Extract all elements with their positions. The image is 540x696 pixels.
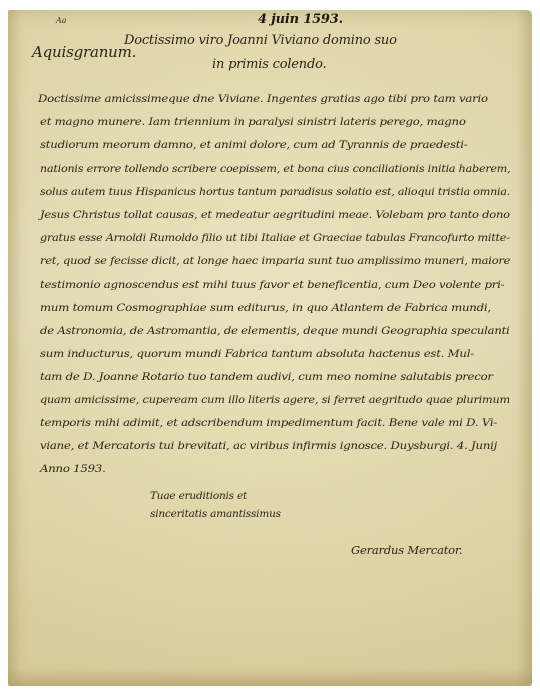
body-line: solus autem tuus Hispanicus hortus tantu… (40, 187, 510, 198)
body-line: Anno 1593. (40, 464, 106, 475)
body-line: gratus esse Arnoldi Rumoldo filio ut tib… (40, 233, 510, 244)
body-line: viane, et Mercatoris tui brevitati, ac v… (40, 441, 497, 452)
body-line: testimonio agnoscendus est mihi tuus fav… (40, 280, 504, 291)
address-line-1: Doctissimo viro Joanni Viviano domino su… (124, 33, 397, 48)
signature: Gerardus Mercator. (351, 543, 462, 557)
body-line: de Astronomia, de Astromantia, de elemen… (40, 326, 510, 337)
address-line-2: in primis colendo. (212, 57, 326, 72)
body-line: Jesus Christus tollat causas, et medeatu… (40, 210, 510, 221)
body-line: temporis mihi adimit, et adscribendum im… (40, 418, 497, 429)
closing-line-2: sinceritatis amantissimus (150, 508, 281, 520)
body-line: quam amicissime, cupeream cum illo liter… (40, 395, 510, 406)
body-line: studiorum meorum damno, et animi dolore,… (40, 140, 467, 151)
corner-mark: Aa (56, 16, 66, 25)
body-line: sum inducturus, quorum mundi Fabrica tan… (40, 349, 474, 360)
body-line: tam de D. Joanne Rotario tuo tandem audi… (40, 372, 493, 383)
manuscript-page (8, 10, 532, 686)
body-line: Doctissime amicissimeque dne Viviane. In… (38, 94, 488, 105)
body-line: nationis errore tollendo scribere coepis… (40, 164, 510, 175)
body-line: ret, quod se fecisse dicit, at longe hae… (40, 256, 510, 267)
body-line: mum tomum Cosmographiae sum editurus, in… (40, 303, 491, 314)
date-annotation: 4 juin 1593. (258, 12, 343, 27)
closing-line-1: Tuae eruditionis et (150, 490, 247, 502)
destination-city: Aquisgranum. (32, 43, 136, 61)
body-line: et magno munere. Iam triennium in paraly… (40, 117, 466, 128)
